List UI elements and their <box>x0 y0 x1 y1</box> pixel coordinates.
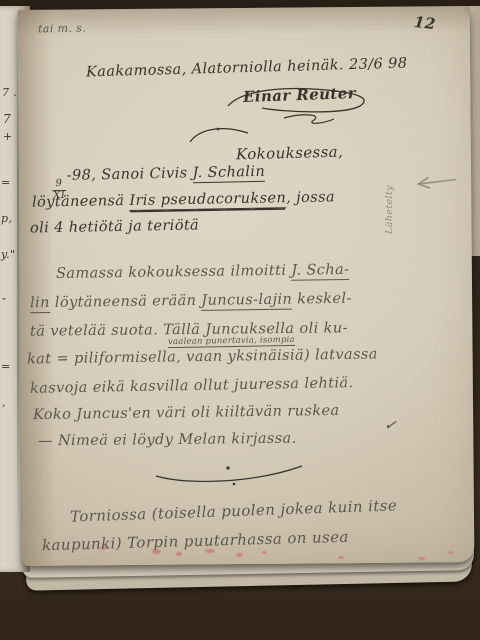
edge-text-fragment: ″ <box>2 296 7 309</box>
line-text: keskel- <box>292 291 352 308</box>
edge-text-fragment: p, <box>1 212 12 225</box>
edge-text-fragment: 7 <box>3 112 11 126</box>
line-text: Sanoi Civis <box>96 165 193 183</box>
underlined-name: lin <box>30 295 50 313</box>
underlined-name: J. Schalin <box>192 164 265 184</box>
date-year: -98, <box>67 167 97 184</box>
red-speckle <box>418 557 425 560</box>
date-numerator: 9 <box>55 179 62 190</box>
page-number: 12 <box>413 13 436 33</box>
underlined-name: J. Scha- <box>291 262 349 281</box>
manuscript-line: — Nimeä ei löydy Melan kirjassa. <box>38 431 297 450</box>
red-speckle <box>236 553 243 557</box>
edge-text-fragment: , <box>2 396 6 409</box>
line-text: löytäneensä <box>32 193 130 211</box>
line-text: löytäneensä erään <box>50 293 202 311</box>
edge-text-fragment: = <box>1 360 11 373</box>
manuscript-line: Samassa kokouksessa ilmoitti J. Scha- <box>56 262 350 282</box>
margin-annotation-pencil: Lähetelty <box>384 172 395 234</box>
manuscript-line: oli 4 hetiötä ja teriötä <box>30 218 199 237</box>
red-speckle <box>262 551 267 554</box>
red-speckle <box>338 556 344 559</box>
underlined-species: Iris pseudacoruksen <box>129 190 286 211</box>
checkmark-icon: ✓ <box>383 415 398 435</box>
gutter-shadow <box>18 10 57 566</box>
top-margin-note: tai m. s. <box>38 22 86 36</box>
edge-text-fragment: = <box>1 176 11 189</box>
section-divider-flourish <box>150 460 310 488</box>
red-speckle <box>448 551 453 554</box>
edge-text-fragment: 7 . <box>2 86 17 99</box>
line-text: , jossa <box>286 189 335 206</box>
edge-text-fragment: y." <box>1 248 16 261</box>
underlined-species: Juncus-lajin <box>201 292 292 311</box>
red-speckle <box>176 552 182 556</box>
manuscript-photo: 7 . 7 + = p, y." ″ = , tai m. s. 12 Kaak… <box>0 0 480 640</box>
interlinear-insertion: vaalean punertavia, isompia <box>168 335 295 348</box>
edge-text-fragment: + <box>3 130 13 143</box>
line-text: Samassa kokouksessa ilmoitti <box>56 263 292 282</box>
meeting-heading: Kokouksessa, <box>236 143 344 164</box>
